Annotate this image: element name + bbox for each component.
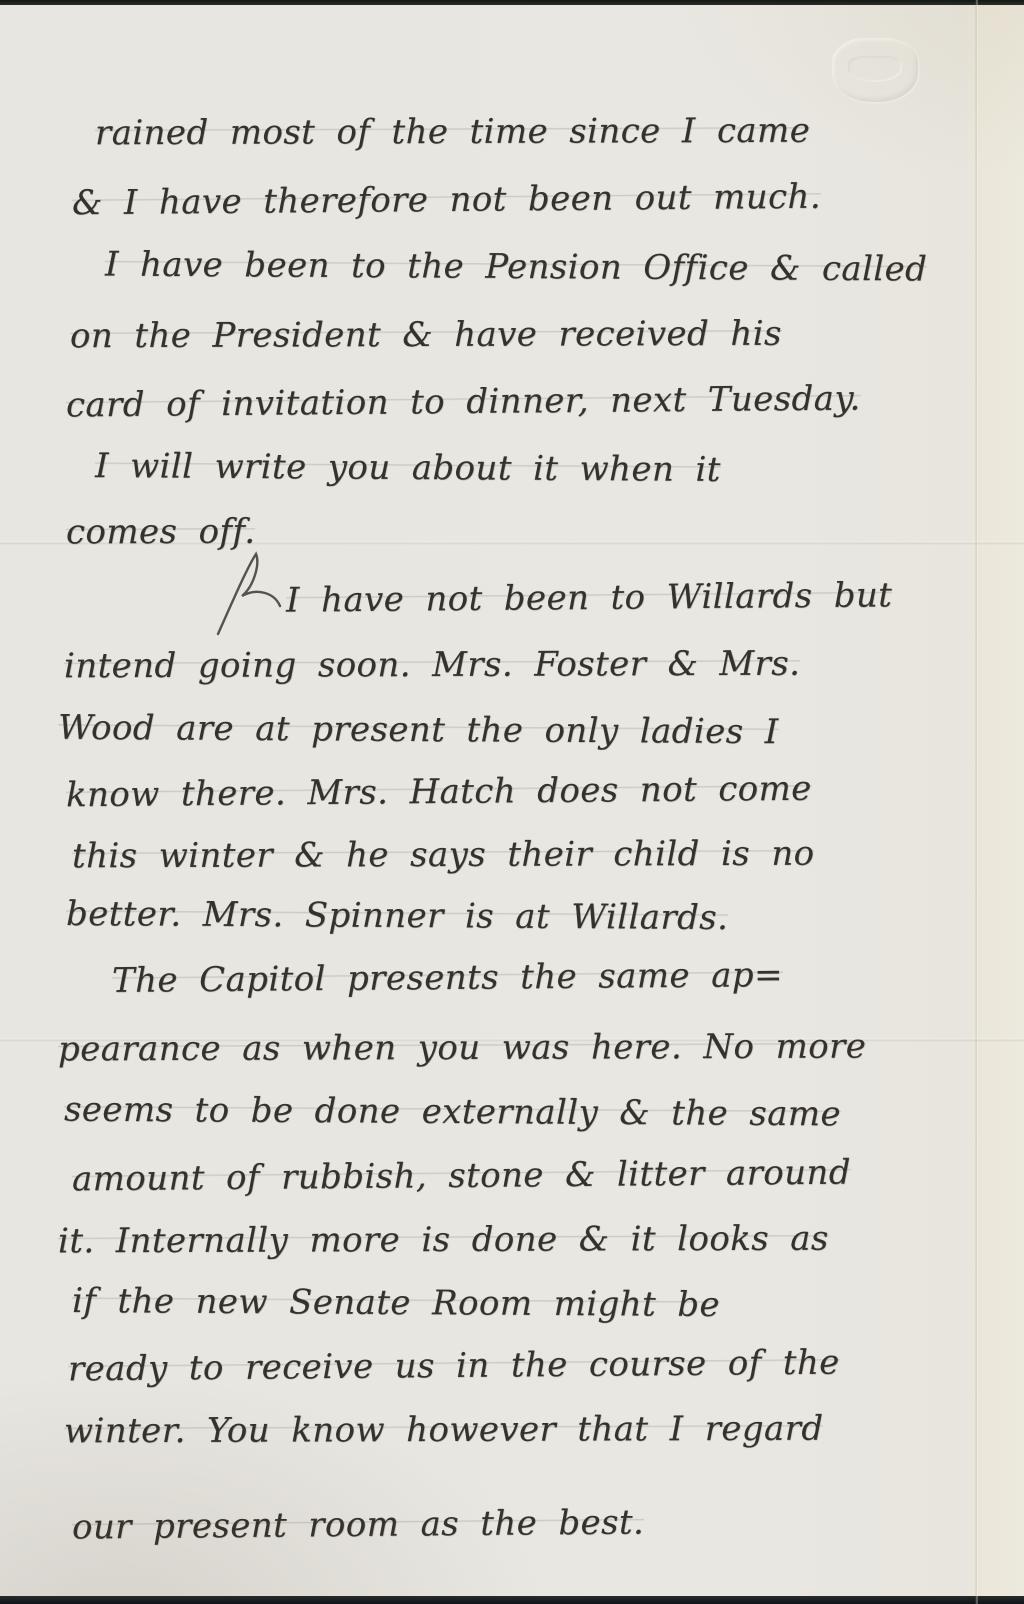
letter-line: Wood are at present the only ladies I	[58, 708, 779, 752]
letter-line: ready to receive us in the course of the	[68, 1343, 840, 1390]
letter-line: intend going soon. Mrs. Foster & Mrs.	[64, 644, 800, 687]
letter-line: I have been to the Pension Office & call…	[105, 244, 927, 289]
letter-line: amount of rubbish, stone & litter around	[72, 1153, 851, 1200]
letter-line: I will write you about it when it	[95, 446, 721, 490]
letter-line: & I have therefore not been out much.	[72, 177, 821, 224]
letter-page-scan: rained most of the time since I came & I…	[0, 0, 1024, 1604]
letter-line: rained most of the time since I came	[95, 111, 810, 153]
letter-line: pearance as when you was here. No more	[58, 1027, 866, 1070]
letter-line: it. Internally more is done & it looks a…	[58, 1219, 829, 1262]
scan-edge-bottom	[0, 1596, 1024, 1604]
scan-edge-top	[0, 0, 1024, 5]
letter-line: seems to be done externally & the same	[64, 1090, 841, 1135]
embossed-seal	[832, 38, 918, 102]
letter-line: if the new Senate Room might be	[72, 1281, 720, 1325]
letter-line: our present room as the best.	[72, 1503, 644, 1548]
letter-line: The Capitol presents the same ap=	[112, 955, 783, 1001]
letter-line: I have not been to Willards but	[286, 575, 893, 620]
letter-line: on the President & have received his	[70, 314, 782, 356]
letter-line: comes off.	[66, 512, 256, 553]
vertical-fold-crease	[975, 0, 978, 1604]
letter-line: know there. Mrs. Hatch does not come	[66, 769, 812, 816]
letter-line: winter. You know however that I regard	[64, 1409, 824, 1452]
letter-line: this winter & he says their child is no	[72, 834, 815, 877]
letter-line: better. Mrs. Spinner is at Willards.	[66, 894, 729, 938]
letter-line: card of invitation to dinner, next Tuesd…	[66, 379, 861, 426]
